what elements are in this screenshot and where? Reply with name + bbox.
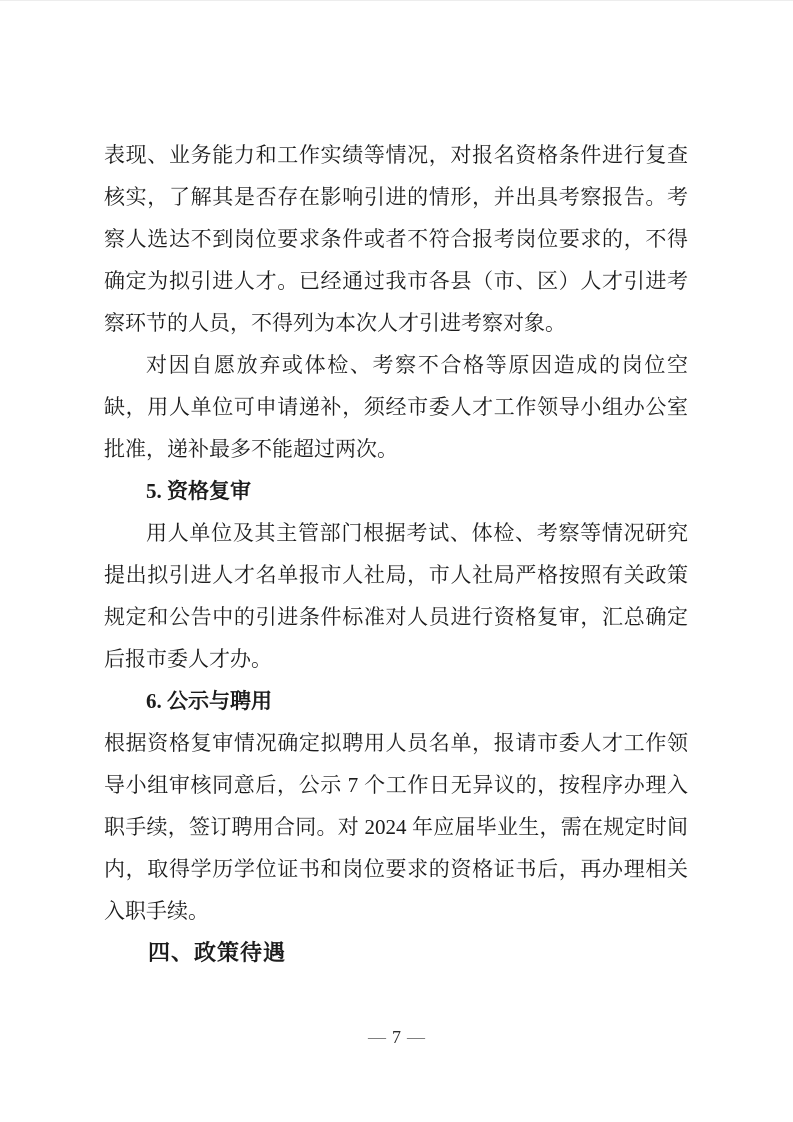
paragraph-qualification-recheck-detail: 用人单位及其主管部门根据考试、体检、考察等情况研究提出拟引进人才名单报市人社局，… [104,512,688,680]
footer-dash-right: — [401,1027,431,1047]
paragraph-inspection-review: 表现、业务能力和工作实绩等情况，对报名资格条件进行复查核实，了解其是否存在影响引… [104,134,688,344]
paragraph-vacancy-replacement: 对因自愿放弃或体检、考察不合格等原因造成的岗位空缺，用人单位可申请递补，须经市委… [104,344,688,470]
footer-dash-left: — [362,1027,392,1047]
page-number: 7 [392,1027,401,1047]
heading-policy-treatment: 四、政策待遇 [104,932,688,974]
page-footer: —7— [0,1024,793,1050]
heading-qualification-recheck: 5. 资格复审 [104,470,688,512]
document-page: 表现、业务能力和工作实绩等情况，对报名资格条件进行复查核实，了解其是否存在影响引… [0,0,793,1122]
document-body: 表现、业务能力和工作实绩等情况，对报名资格条件进行复查核实，了解其是否存在影响引… [104,134,688,974]
paragraph-publicity-and-employment-detail: 根据资格复审情况确定拟聘用人员名单，报请市委人才工作领导小组审核同意后，公示 7… [104,722,688,932]
heading-publicity-and-employment: 6. 公示与聘用 [104,680,688,722]
